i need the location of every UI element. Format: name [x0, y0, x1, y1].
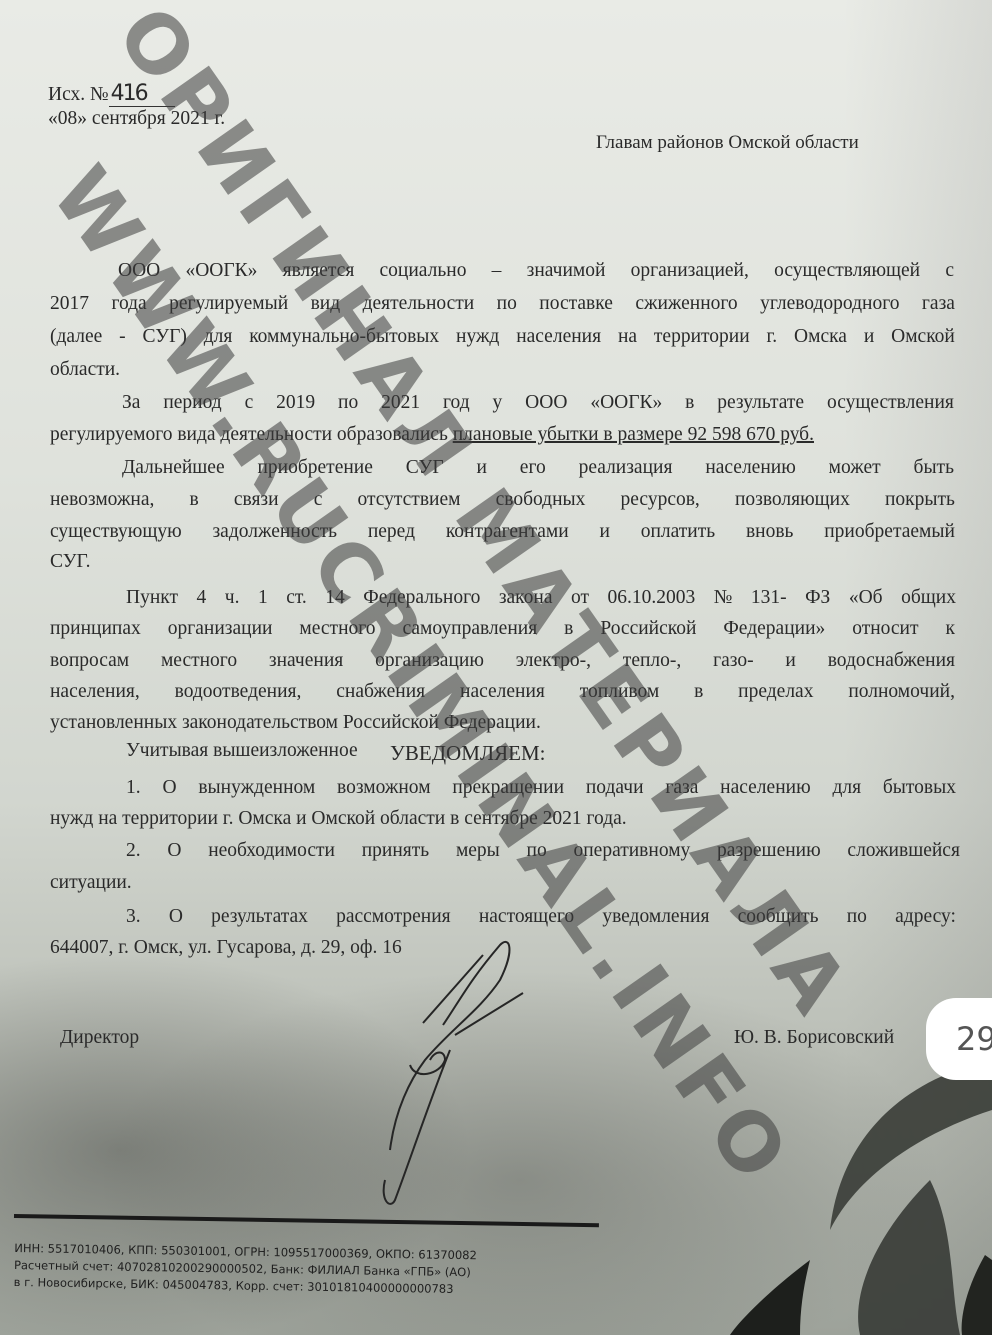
word: топливом: [580, 681, 659, 703]
word: его: [520, 457, 546, 479]
word: прекращении: [452, 777, 564, 799]
word: СУГ: [406, 457, 444, 479]
word: является: [283, 260, 355, 282]
word: ч.: [225, 587, 240, 609]
word: поставке: [539, 293, 613, 315]
p3-line3: существующуюзадолженностьпередконтрагент…: [50, 521, 955, 543]
notice-heading: УВЕДОМЛЯЕМ:: [390, 742, 545, 764]
word: сложившейся: [847, 840, 960, 862]
word: местного: [161, 650, 237, 672]
word: (далее: [50, 326, 102, 348]
word: покрыть: [885, 489, 955, 511]
p4-line3: вопросамместногозначенияорганизациюэлект…: [50, 650, 955, 672]
p4-line2: принципахорганизацииместногосамоуправлен…: [50, 618, 955, 640]
word: сообщить: [738, 906, 819, 928]
word: у: [493, 392, 503, 414]
word: перед: [368, 521, 415, 543]
p3-line4: СУГ.: [50, 551, 91, 573]
word: организацией,: [631, 260, 749, 282]
word: 2019: [276, 392, 315, 414]
word: электро-,: [516, 650, 591, 672]
p2-text: регулируемого вида деятельности образова…: [50, 424, 453, 445]
word: контрагентами: [446, 521, 569, 543]
word: закона: [499, 587, 553, 609]
word: 3.: [126, 906, 141, 928]
word: общих: [901, 587, 956, 609]
p1-line1: ООО«ООГК»являетсясоциально–значимойорган…: [118, 260, 954, 282]
word: углеводородного: [760, 293, 899, 315]
word: задолженность: [212, 521, 337, 543]
word: года: [111, 293, 146, 315]
word: разрешению: [717, 840, 821, 862]
word: результате: [717, 392, 804, 414]
item2-line1: 2.Онеобходимостипринятьмерыпооперативном…: [126, 840, 960, 862]
word: пределах: [738, 681, 813, 703]
watermark-original: ОРИГИНАЛ МАТЕРИАЛА: [99, 0, 869, 1034]
word: О: [167, 840, 181, 862]
word: -: [119, 326, 126, 348]
word: нужд: [456, 326, 499, 348]
word: реализация: [579, 457, 673, 479]
word: период: [163, 392, 221, 414]
word: в: [190, 489, 199, 511]
company-requisites: ИНН: 5517010406, КПП: 550301001, ОГРН: 1…: [14, 1240, 477, 1298]
word: коммунально-бытовых: [249, 326, 439, 348]
word: тепло-,: [623, 650, 681, 672]
word: свободных: [496, 489, 586, 511]
word: Омской: [891, 326, 955, 348]
word: и: [785, 650, 795, 672]
word: О: [162, 777, 176, 799]
word: по: [497, 293, 517, 315]
word: позволяющих: [735, 489, 850, 511]
word: Омска: [794, 326, 847, 348]
word: газа: [665, 777, 698, 799]
item1-line2: нужд на территории г. Омска и Омской обл…: [50, 808, 627, 830]
p3-line1: ДальнейшееприобретениеСУГиегореализациян…: [122, 457, 954, 479]
outgoing-number-value: 416: [109, 81, 175, 107]
p4-line5: установленных законодательством Российск…: [50, 712, 541, 734]
p1-line3: (далее-СУГ)длякоммунально-бытовыхнужднас…: [50, 326, 955, 348]
word: газо-: [713, 650, 754, 672]
word: –: [492, 260, 502, 282]
word: населения: [516, 326, 601, 348]
word: приобретение: [257, 457, 372, 479]
word: 131-: [751, 587, 787, 609]
p1-line4: области.: [50, 359, 120, 381]
word: принципах: [50, 618, 141, 640]
word: бытовых: [883, 777, 956, 799]
word: организацию: [375, 650, 484, 672]
word: Федерации»: [723, 618, 825, 640]
word: ст.: [286, 587, 307, 609]
word: самоуправления: [403, 618, 538, 640]
signer-name: Ю. В. Борисовский: [734, 1027, 894, 1049]
p4-line1: Пункт4ч.1ст.14Федеральногозаконаот06.10.…: [126, 587, 956, 609]
word: год: [443, 392, 470, 414]
word: по: [847, 906, 867, 928]
word: №: [714, 587, 733, 609]
p2-line1: Запериодс2019по2021годуООО«ООГК»врезульт…: [122, 392, 954, 414]
signer-position: Директор: [60, 1027, 139, 1049]
word: населения: [460, 681, 545, 703]
word: ресурсов,: [621, 489, 700, 511]
p1-line2: 2017годарегулируемыйвиддеятельностипопос…: [50, 293, 955, 315]
word: на: [618, 326, 637, 348]
word: Дальнейшее: [122, 457, 225, 479]
word: невозможна,: [50, 489, 154, 511]
word: относит: [852, 618, 918, 640]
page-counter-value: 29: [956, 1020, 992, 1058]
word: в: [694, 681, 703, 703]
word: вид: [311, 293, 341, 315]
word: населению: [720, 777, 810, 799]
word: О: [169, 906, 183, 928]
word: с: [314, 489, 323, 511]
word: отсутствием: [357, 489, 460, 511]
word: регулируемый: [169, 293, 288, 315]
word: населения,: [50, 681, 140, 703]
word: полномочий,: [848, 681, 955, 703]
word: с: [245, 392, 254, 414]
p5-considering: Учитывая вышеизложенное: [126, 740, 358, 762]
outgoing-number: Исх. №416: [48, 83, 175, 106]
word: 2021: [381, 392, 420, 414]
word: За: [122, 392, 140, 414]
word: по: [338, 392, 358, 414]
p2-line2: регулируемого вида деятельности образова…: [50, 424, 814, 446]
word: для: [832, 777, 861, 799]
word: 1: [258, 587, 268, 609]
word: значимой: [527, 260, 606, 282]
word: настоящего: [479, 906, 574, 928]
word: по: [527, 840, 547, 862]
word: 14: [325, 587, 345, 609]
word: с: [945, 260, 954, 282]
word: быть: [914, 457, 954, 479]
word: вынужденном: [198, 777, 315, 799]
word: водоснабжения: [828, 650, 955, 672]
word: организации: [168, 618, 273, 640]
word: осуществления: [827, 392, 954, 414]
word: приобретаемый: [824, 521, 955, 543]
word: в: [685, 392, 694, 414]
word: оперативному: [573, 840, 690, 862]
letter-date: «08» сентября 2021 г.: [48, 108, 225, 130]
outgoing-prefix: Исх. №: [48, 84, 109, 105]
word: газа: [922, 293, 955, 315]
word: «ООГК»: [590, 392, 662, 414]
word: необходимости: [208, 840, 335, 862]
word: вопросам: [50, 650, 129, 672]
word: ФЗ: [805, 587, 830, 609]
word: меры: [456, 840, 500, 862]
word: 2.: [126, 840, 141, 862]
word: оплатить: [641, 521, 715, 543]
word: местного: [299, 618, 375, 640]
word: деятельности: [363, 293, 475, 315]
word: сжиженного: [635, 293, 737, 315]
word: снабжения: [336, 681, 425, 703]
word: Федерального: [363, 587, 480, 609]
word: может: [829, 457, 881, 479]
word: и: [864, 326, 874, 348]
word: ООО: [525, 392, 567, 414]
word: существующую: [50, 521, 182, 543]
word: возможном: [337, 777, 430, 799]
word: от: [571, 587, 589, 609]
word: результатах: [211, 906, 308, 928]
word: и: [476, 457, 486, 479]
word: водоотведения,: [175, 681, 302, 703]
word: Российской: [600, 618, 696, 640]
word: к: [946, 618, 955, 640]
word: 1.: [126, 777, 141, 799]
word: «ООГК»: [185, 260, 257, 282]
word: и: [599, 521, 609, 543]
word: рассмотрения: [336, 906, 451, 928]
word: значения: [269, 650, 343, 672]
word: 06.10.2003: [608, 587, 696, 609]
word: осуществляющей: [774, 260, 920, 282]
word: вновь: [746, 521, 794, 543]
footer-divider: [14, 1214, 599, 1227]
item2-line2: ситуации.: [50, 872, 132, 894]
addressee: Главам районов Омской области: [596, 132, 859, 154]
word: для: [204, 326, 233, 348]
word: населению: [705, 457, 795, 479]
word: принять: [362, 840, 429, 862]
word: в: [564, 618, 573, 640]
p3-line2: невозможна,всвязисотсутствиемсвободныхре…: [50, 489, 955, 511]
word: «Об: [849, 587, 883, 609]
word: ООО: [118, 260, 160, 282]
word: социально: [380, 260, 467, 282]
item3-line2: 644007, г. Омск, ул. Гусарова, д. 29, оф…: [50, 937, 402, 959]
word: СУГ): [143, 326, 187, 348]
word: 2017: [50, 293, 89, 315]
losses-amount: плановые убытки в размере 92 598 670 руб…: [453, 424, 814, 445]
word: подачи: [586, 777, 644, 799]
word: уведомления: [602, 906, 709, 928]
item1-line1: 1.Овынужденномвозможномпрекращенииподачи…: [126, 777, 956, 799]
word: 4: [197, 587, 207, 609]
word: адресу:: [895, 906, 956, 928]
item3-line1: 3.Орезультатахрассмотрениянастоящегоувед…: [126, 906, 956, 928]
word: г.: [767, 326, 778, 348]
word: связи: [234, 489, 279, 511]
word: территории: [654, 326, 750, 348]
p4-line4: населения,водоотведения,снабжениянаселен…: [50, 681, 955, 703]
word: Пункт: [126, 587, 178, 609]
page-counter-badge[interactable]: 29: [926, 998, 992, 1080]
